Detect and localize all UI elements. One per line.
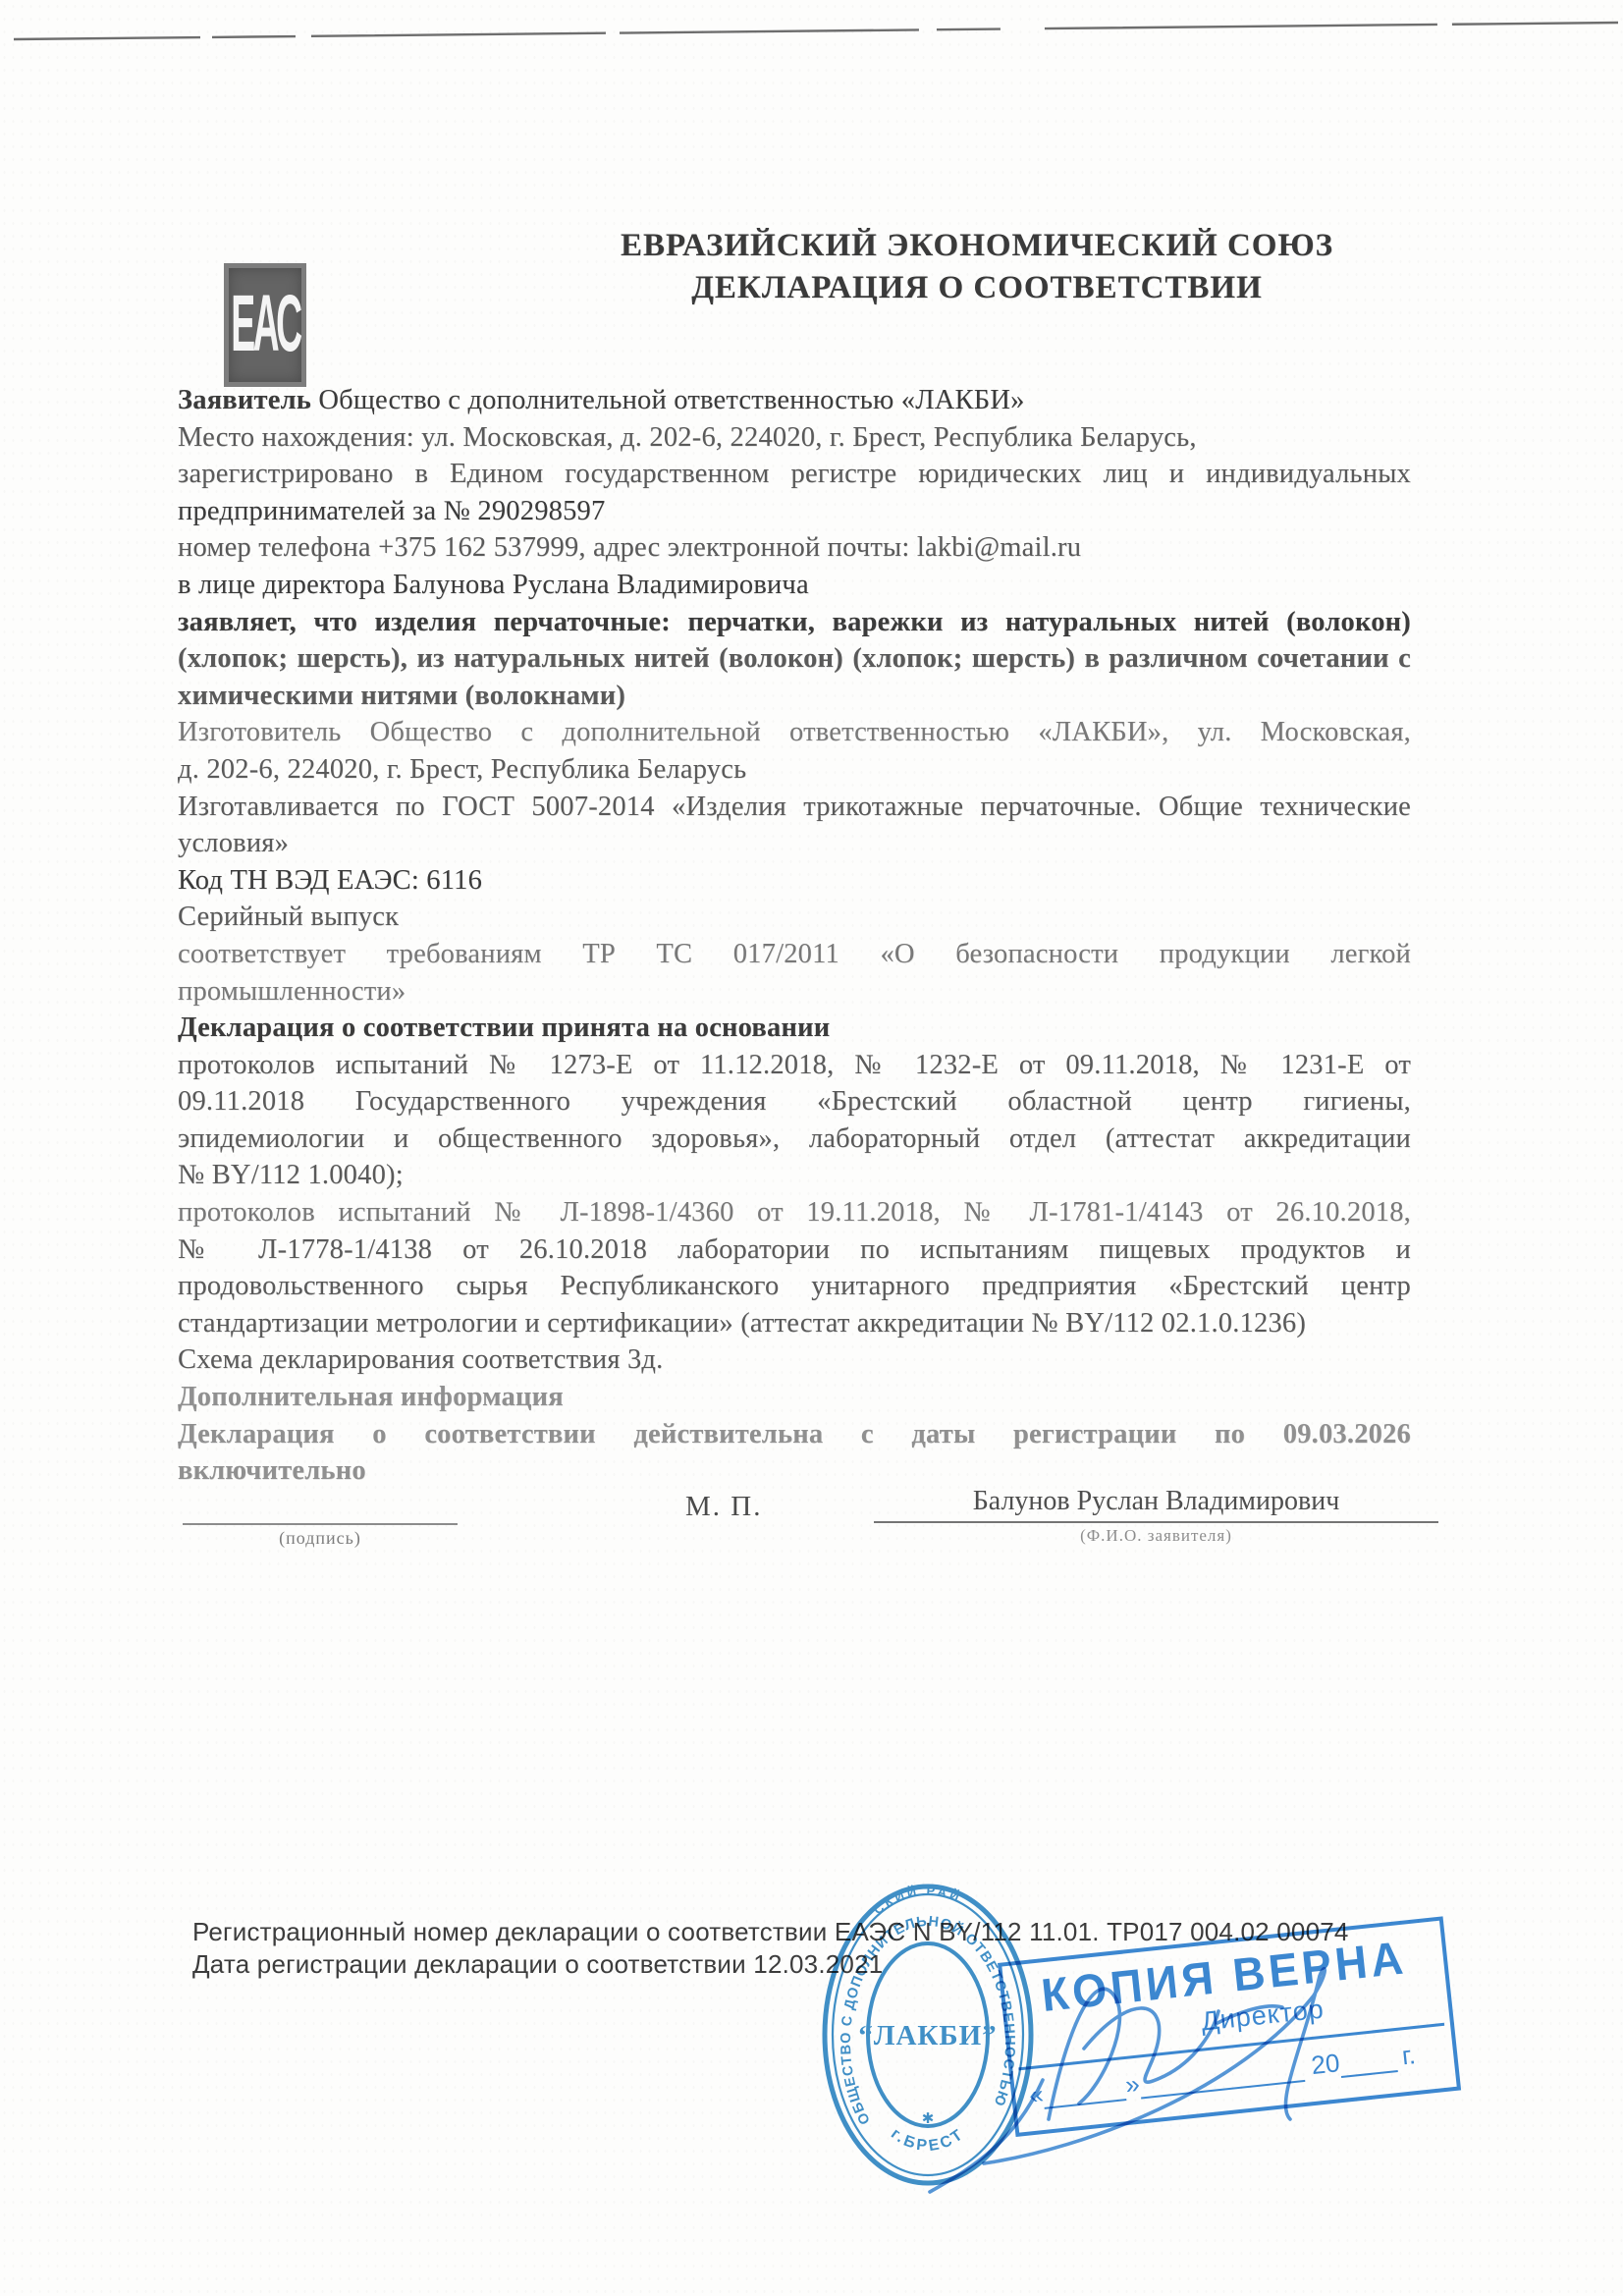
scanned-declaration-page: ЕАС ЕВРАЗИЙСКИЙ ЭКОНОМИЧЕСКИЙ СОЮЗ ДЕКЛА…: [0, 0, 1623, 2296]
signature-scribble: [0, 0, 1623, 2296]
